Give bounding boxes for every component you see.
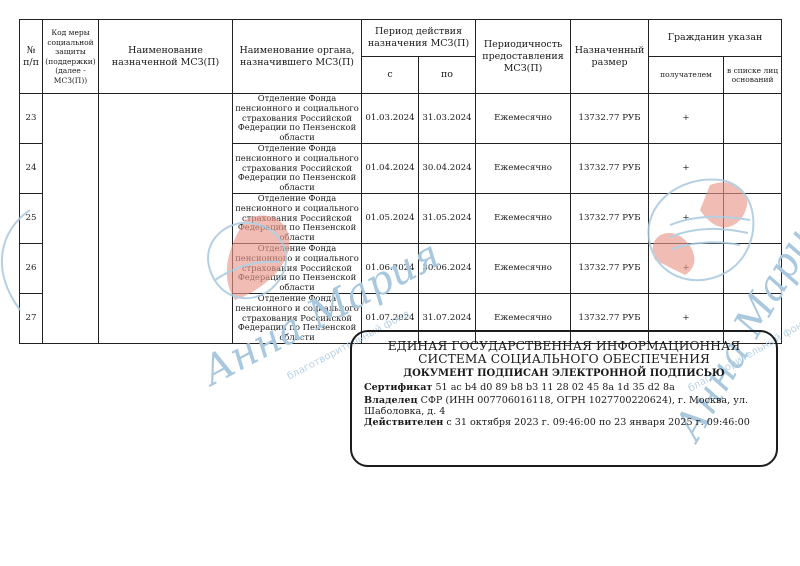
cell-organ: Отделение Фонда пенсионного и социальног…	[233, 293, 362, 343]
cell-num: 23	[20, 94, 43, 144]
cell-period-from: 01.03.2024	[362, 94, 419, 144]
cell-amount: 13732.77 РУБ	[571, 243, 649, 293]
cell-period-from: 01.06.2024	[362, 243, 419, 293]
cell-amount: 13732.77 РУБ	[571, 94, 649, 144]
cell-organ: Отделение Фонда пенсионного и социальног…	[233, 143, 362, 193]
cell-num: 27	[20, 293, 43, 343]
header-amount: Назначенный размер	[571, 20, 649, 94]
header-period: Период действия назначения МСЗ(П)	[362, 20, 476, 57]
cell-organ: Отделение Фонда пенсионного и социальног…	[233, 94, 362, 144]
cell-period-to: 31.05.2024	[419, 193, 476, 243]
social-support-measures-table: № п/п Код меры социальной защиты (поддер…	[19, 19, 782, 344]
cell-period-to: 30.04.2024	[419, 143, 476, 193]
cell-period-from: 01.04.2024	[362, 143, 419, 193]
certificate-label: Сертификат	[364, 382, 432, 393]
cell-basis	[724, 243, 782, 293]
header-num: № п/п	[20, 20, 43, 94]
header-in-basis-list: в списке лиц оснований	[724, 57, 782, 94]
cell-basis	[724, 193, 782, 243]
cell-basis	[724, 143, 782, 193]
cell-num: 24	[20, 143, 43, 193]
cell-organ: Отделение Фонда пенсионного и социальног…	[233, 193, 362, 243]
owner-label: Владелец	[364, 395, 418, 406]
valid-value: с 31 октября 2023 г. 09:46:00 по 23 янва…	[446, 417, 750, 428]
header-as-recipient: получателем	[649, 57, 724, 94]
header-code: Код меры социальной защиты (поддержки) (…	[43, 20, 99, 94]
cell-num: 25	[20, 193, 43, 243]
cell-measure-name	[99, 94, 233, 344]
cell-organ: Отделение Фонда пенсионного и социальног…	[233, 243, 362, 293]
cell-basis	[724, 94, 782, 144]
cell-periodicity: Ежемесячно	[476, 243, 571, 293]
certificate-value: 51 ac b4 d0 89 b8 b3 11 28 02 45 8a 1d 3…	[435, 382, 674, 393]
cell-periodicity: Ежемесячно	[476, 143, 571, 193]
header-period-from: с	[362, 57, 419, 94]
document-page: № п/п Код меры социальной защиты (поддер…	[0, 0, 800, 566]
valid-label: Действителен	[364, 417, 443, 428]
cell-period-from: 01.05.2024	[362, 193, 419, 243]
header-period-to: по	[419, 57, 476, 94]
stamp-validity: Действителен с 31 октября 2023 г. 09:46:…	[364, 417, 764, 428]
header-measure-name: Наименование назначенной МСЗ(П)	[99, 20, 233, 94]
header-citizen-listed: Гражданин указан	[649, 20, 782, 57]
cell-period-to: 30.06.2024	[419, 243, 476, 293]
cell-amount: 13732.77 РУБ	[571, 143, 649, 193]
owner-value: СФР (ИНН 007706016118, ОГРН 102770022062…	[364, 395, 748, 417]
cell-amount: 13732.77 РУБ	[571, 193, 649, 243]
cell-recipient: +	[649, 193, 724, 243]
stamp-title-line2: СИСТЕМА СОЦИАЛЬНОГО ОБЕСПЕЧЕНИЯ	[364, 353, 764, 366]
cell-period-to: 31.03.2024	[419, 94, 476, 144]
cell-num: 26	[20, 243, 43, 293]
cell-recipient: +	[649, 94, 724, 144]
cell-periodicity: Ежемесячно	[476, 94, 571, 144]
header-periodicity: Периодичность предоставления МСЗ(П)	[476, 20, 571, 94]
stamp-certificate: Сертификат 51 ac b4 d0 89 b8 b3 11 28 02…	[364, 382, 764, 393]
cell-recipient: +	[649, 243, 724, 293]
cell-periodicity: Ежемесячно	[476, 193, 571, 243]
stamp-owner: Владелец СФР (ИНН 007706016118, ОГРН 102…	[364, 395, 764, 417]
stamp-subtitle: ДОКУМЕНТ ПОДПИСАН ЭЛЕКТРОННОЙ ПОДПИСЬЮ	[364, 368, 764, 380]
header-organ-name: Наименование органа, назначившего МСЗ(П)	[233, 20, 362, 94]
electronic-signature-stamp: ЕДИНАЯ ГОСУДАРСТВЕННАЯ ИНФОРМАЦИОННАЯ СИ…	[350, 330, 778, 467]
cell-code	[43, 94, 99, 344]
table-row: 23Отделение Фонда пенсионного и социальн…	[20, 94, 782, 144]
table-body: 23Отделение Фонда пенсионного и социальн…	[20, 94, 782, 344]
cell-recipient: +	[649, 143, 724, 193]
